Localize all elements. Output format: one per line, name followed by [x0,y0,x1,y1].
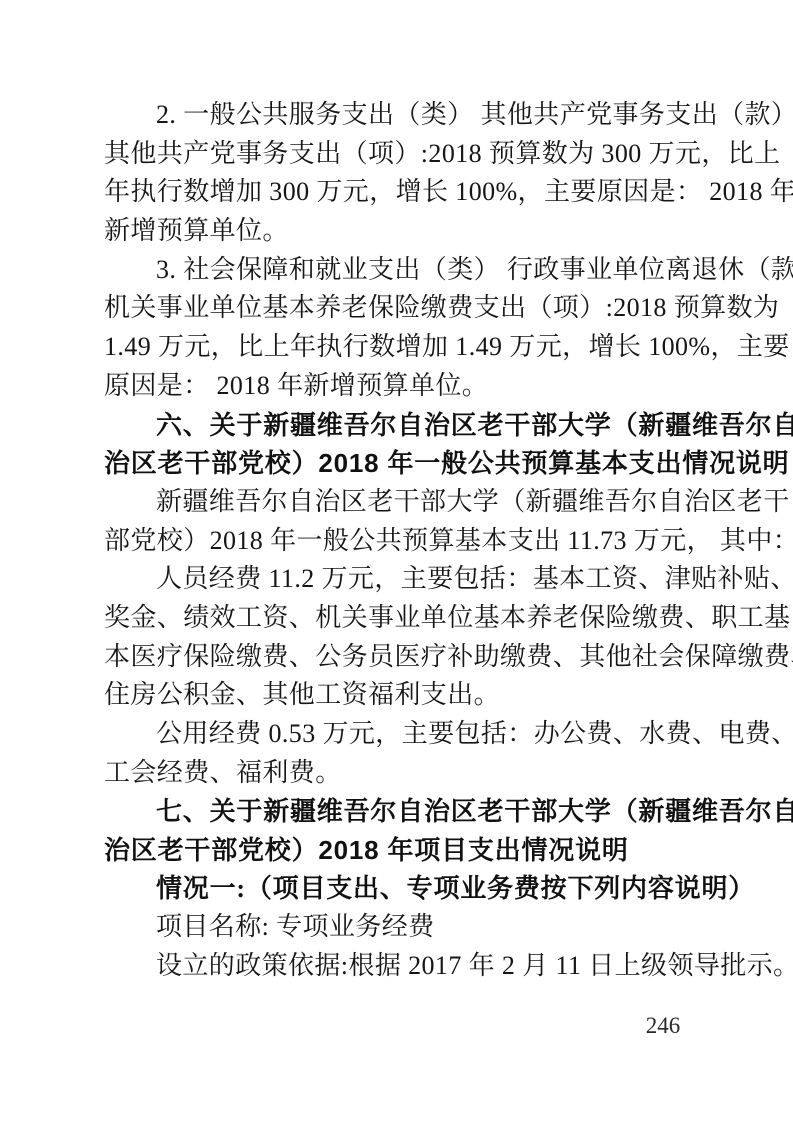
text-line-para-budget-item-2-2: 其他共产党事务支出（项）:2018 预算数为 300 万元，比上 [104,135,700,174]
text-line-heading-section-6-1: 六、关于新疆维吾尔自治区老干部大学（新疆维吾尔自 [104,406,700,445]
text-line-subheading-case-1: 情况一:（项目支出、专项业务费按下列内容说明） [104,870,700,909]
text-line-para-public-expense-2: 工会经费、福利费。 [104,754,700,793]
text-line-para-budget-item-2-3: 年执行数增加 300 万元，增长 100%，主要原因是： 2018 年 [104,173,700,212]
text-line-para-budget-item-3-3: 1.49 万元，比上年执行数增加 1.49 万元，增长 100%，主要 [104,328,700,367]
text-line-heading-section-7-2: 治区老干部党校）2018 年项目支出情况说明 [104,831,700,870]
document-body: 2. 一般公共服务支出（类） 其他共产党事务支出（款）其他共产党事务支出（项）:… [104,96,700,986]
text-line-para-project-name: 项目名称: 专项业务经费 [104,908,700,947]
text-line-para-budget-item-3-2: 机关事业单位基本养老保险缴费支出（项）:2018 预算数为 [104,289,700,328]
page-number: 246 [643,1013,683,1039]
text-line-para-budget-item-2-4: 新增预算单位。 [104,212,700,251]
text-line-para-policy-basis: 设立的政策依据:根据 2017 年 2 月 11 日上级领导批示。 [104,947,700,986]
document-page: 2. 一般公共服务支出（类） 其他共产党事务支出（款）其他共产党事务支出（项）:… [0,0,793,1122]
text-line-para-budget-item-2-1: 2. 一般公共服务支出（类） 其他共产党事务支出（款） [104,96,700,135]
text-line-para-personnel-expense-1: 人员经费 11.2 万元，主要包括：基本工资、津贴补贴、 [104,560,700,599]
text-line-para-budget-item-3-1: 3. 社会保障和就业支出（类） 行政事业单位离退休（款） [104,251,700,290]
text-line-para-basic-expense-total-2: 部党校）2018 年一般公共预算基本支出 11.73 万元， 其中： [104,522,700,561]
text-line-heading-section-7-1: 七、关于新疆维吾尔自治区老干部大学（新疆维吾尔自 [104,792,700,831]
text-line-para-personnel-expense-4: 住房公积金、其他工资福利支出。 [104,676,700,715]
text-line-para-personnel-expense-3: 本医疗保险缴费、公务员医疗补助缴费、其他社会保障缴费、 [104,638,700,677]
text-line-para-basic-expense-total-1: 新疆维吾尔自治区老干部大学（新疆维吾尔自治区老干 [104,483,700,522]
text-line-para-personnel-expense-2: 奖金、绩效工资、机关事业单位基本养老保险缴费、职工基 [104,599,700,638]
text-line-heading-section-6-2: 治区老干部党校）2018 年一般公共预算基本支出情况说明 [104,444,700,483]
text-line-para-budget-item-3-4: 原因是： 2018 年新增预算单位。 [104,367,700,406]
text-line-para-public-expense-1: 公用经费 0.53 万元，主要包括：办公费、水费、电费、 [104,715,700,754]
